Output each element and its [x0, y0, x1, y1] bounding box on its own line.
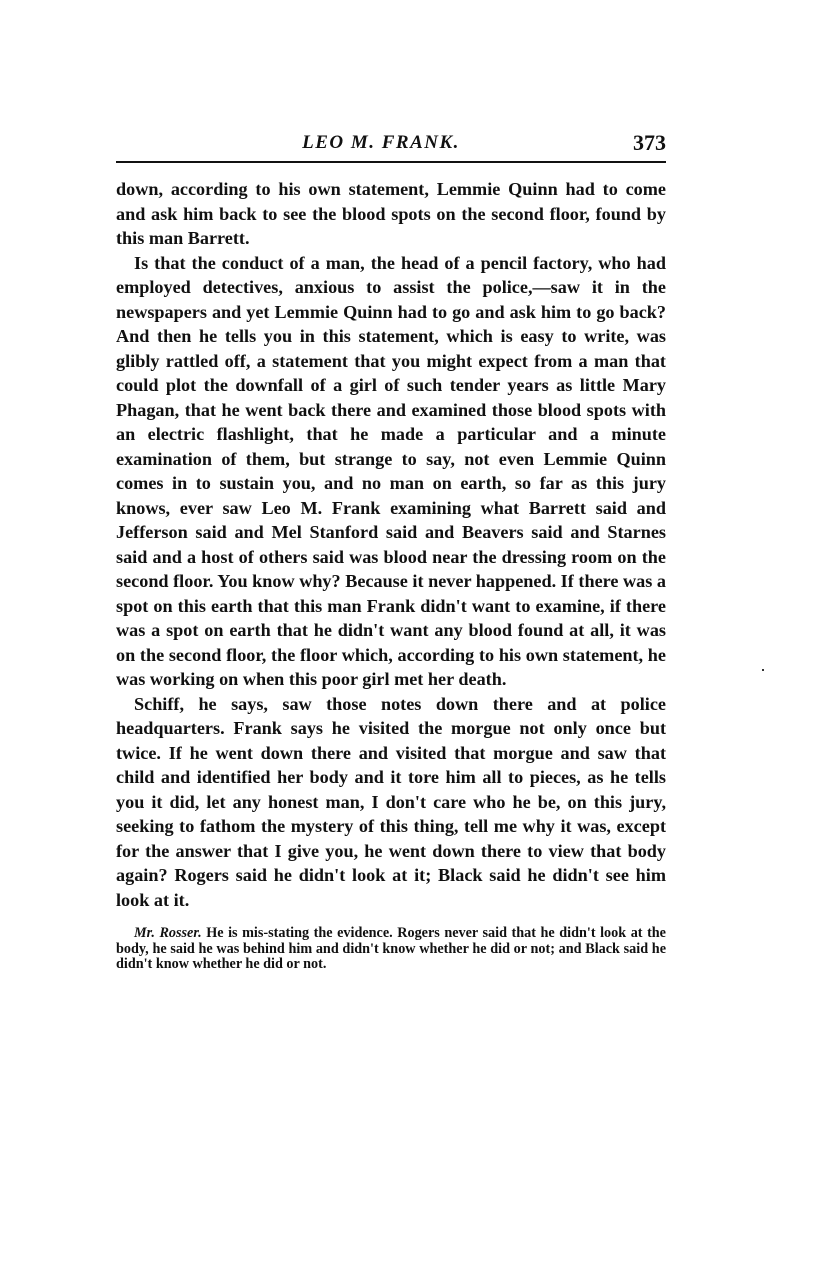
speaker-name: Mr. Rosser.: [134, 925, 202, 941]
paragraph-continued: down, according to his own statement, Le…: [116, 177, 666, 251]
paragraph: Is that the conduct of a man, the head o…: [116, 251, 666, 692]
body-text: down, according to his own statement, Le…: [116, 177, 666, 912]
page-number: 373: [633, 130, 666, 156]
book-page: LEO M. FRANK. 373 down, according to his…: [116, 128, 666, 973]
header-rule: [116, 161, 666, 163]
running-head: LEO M. FRANK. 373: [116, 128, 666, 160]
running-title: LEO M. FRANK.: [116, 132, 666, 154]
interjection-note: Mr. Rosser. He is mis-stating the eviden…: [116, 926, 666, 973]
paragraph: Schiff, he says, saw those notes down th…: [116, 692, 666, 913]
scan-speck: [762, 669, 764, 671]
